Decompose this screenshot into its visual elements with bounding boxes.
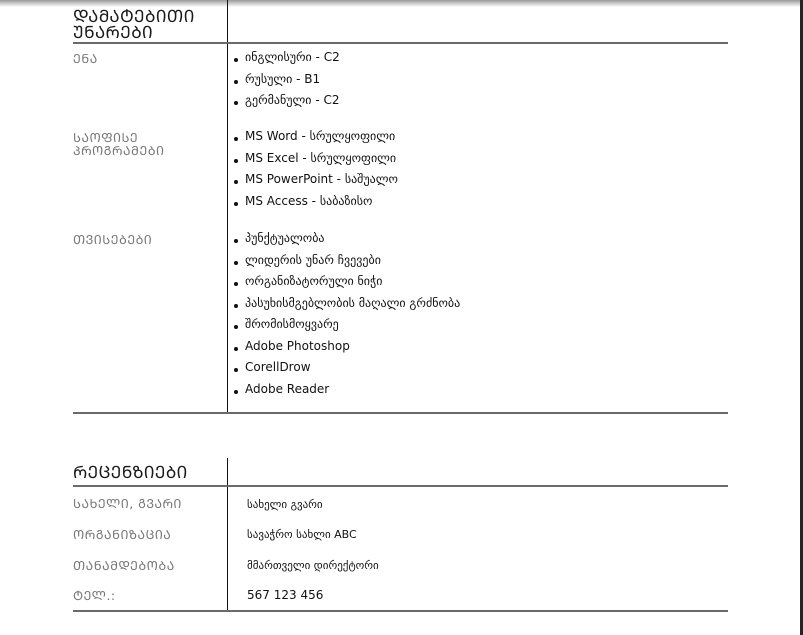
list-item: შრომისმოყვარე — [231, 317, 460, 339]
languages-list: ინგლისური - C2 რუსული - B1 გერმანული - C… — [231, 50, 340, 115]
label-line-2: ᲞᲠᲝᲒᲠᲐᲛᲔᲑᲘ — [73, 144, 164, 157]
list-item: MS Word - სრულყოფილი — [231, 129, 398, 151]
list-item: რუსული - B1 — [231, 72, 340, 94]
value-name: სახელი გვარი — [247, 497, 323, 512]
list-item: ლიდერის უნარ ჩვევები — [231, 253, 460, 275]
list-item: MS Access - საბაზისო — [231, 194, 398, 216]
section-rule — [73, 610, 728, 612]
list-item: Adobe Reader — [231, 382, 460, 404]
list-item: Adobe Photoshop — [231, 339, 460, 361]
list-item: პუნქტუალობა — [231, 231, 460, 253]
column-divider — [227, 458, 228, 612]
office-programs-list: MS Word - სრულყოფილი MS Excel - სრულყოფი… — [231, 129, 398, 215]
column-divider — [227, 0, 228, 413]
label-phone: ᲢᲔᲚ.: — [73, 589, 116, 602]
list-item: MS PowerPoint - საშუალო — [231, 172, 398, 194]
list-item: გერმანული - C2 — [231, 93, 340, 115]
title-line-2: ᲣᲜᲐᲠᲔᲑᲘ — [73, 25, 195, 41]
section-rule — [73, 412, 728, 414]
label-languages: ᲔᲜᲐ — [73, 52, 98, 65]
list-item: პასუხისმგებლობის მაღალი გრძნობა — [231, 296, 460, 318]
section-title-references: ᲠᲔᲪᲔᲜᲖᲘᲔᲑᲘ — [73, 465, 188, 481]
list-item: ორგანიზატორული ნიჭი — [231, 274, 460, 296]
value-organization: სავაჭრო სახლი ABC — [247, 527, 357, 542]
label-office-programs: ᲡᲐᲝᲤᲘᲡᲔ ᲞᲠᲝᲒᲠᲐᲛᲔᲑᲘ — [73, 131, 164, 157]
section-title-additional-skills: ᲓᲐᲛᲐᲢᲔᲑᲘᲗᲘ ᲣᲜᲐᲠᲔᲑᲘ — [73, 9, 195, 41]
page-top-shadow — [0, 0, 800, 7]
label-name: ᲡᲐᲮᲔᲚᲘ, ᲒᲕᲐᲠᲘ — [73, 497, 182, 510]
label-organization: ᲝᲠᲒᲐᲜᲘᲖᲐᲪᲘᲐ — [73, 528, 171, 541]
list-item: CorellDrow — [231, 360, 460, 382]
label-position: ᲗᲐᲜᲐᲛᲓᲔᲑᲝᲑᲐ — [73, 559, 175, 572]
list-item: ინგლისური - C2 — [231, 50, 340, 72]
list-item: MS Excel - სრულყოფილი — [231, 151, 398, 173]
value-phone: 567 123 456 — [247, 588, 323, 603]
section-rule — [73, 42, 728, 44]
section-rule — [73, 485, 728, 487]
label-qualities: ᲗᲕᲘᲡᲔᲑᲔᲑᲘ — [73, 233, 152, 246]
value-position: მმართველი დირექტორი — [247, 558, 379, 573]
qualities-list: პუნქტუალობა ლიდერის უნარ ჩვევები ორგანიზ… — [231, 231, 460, 403]
